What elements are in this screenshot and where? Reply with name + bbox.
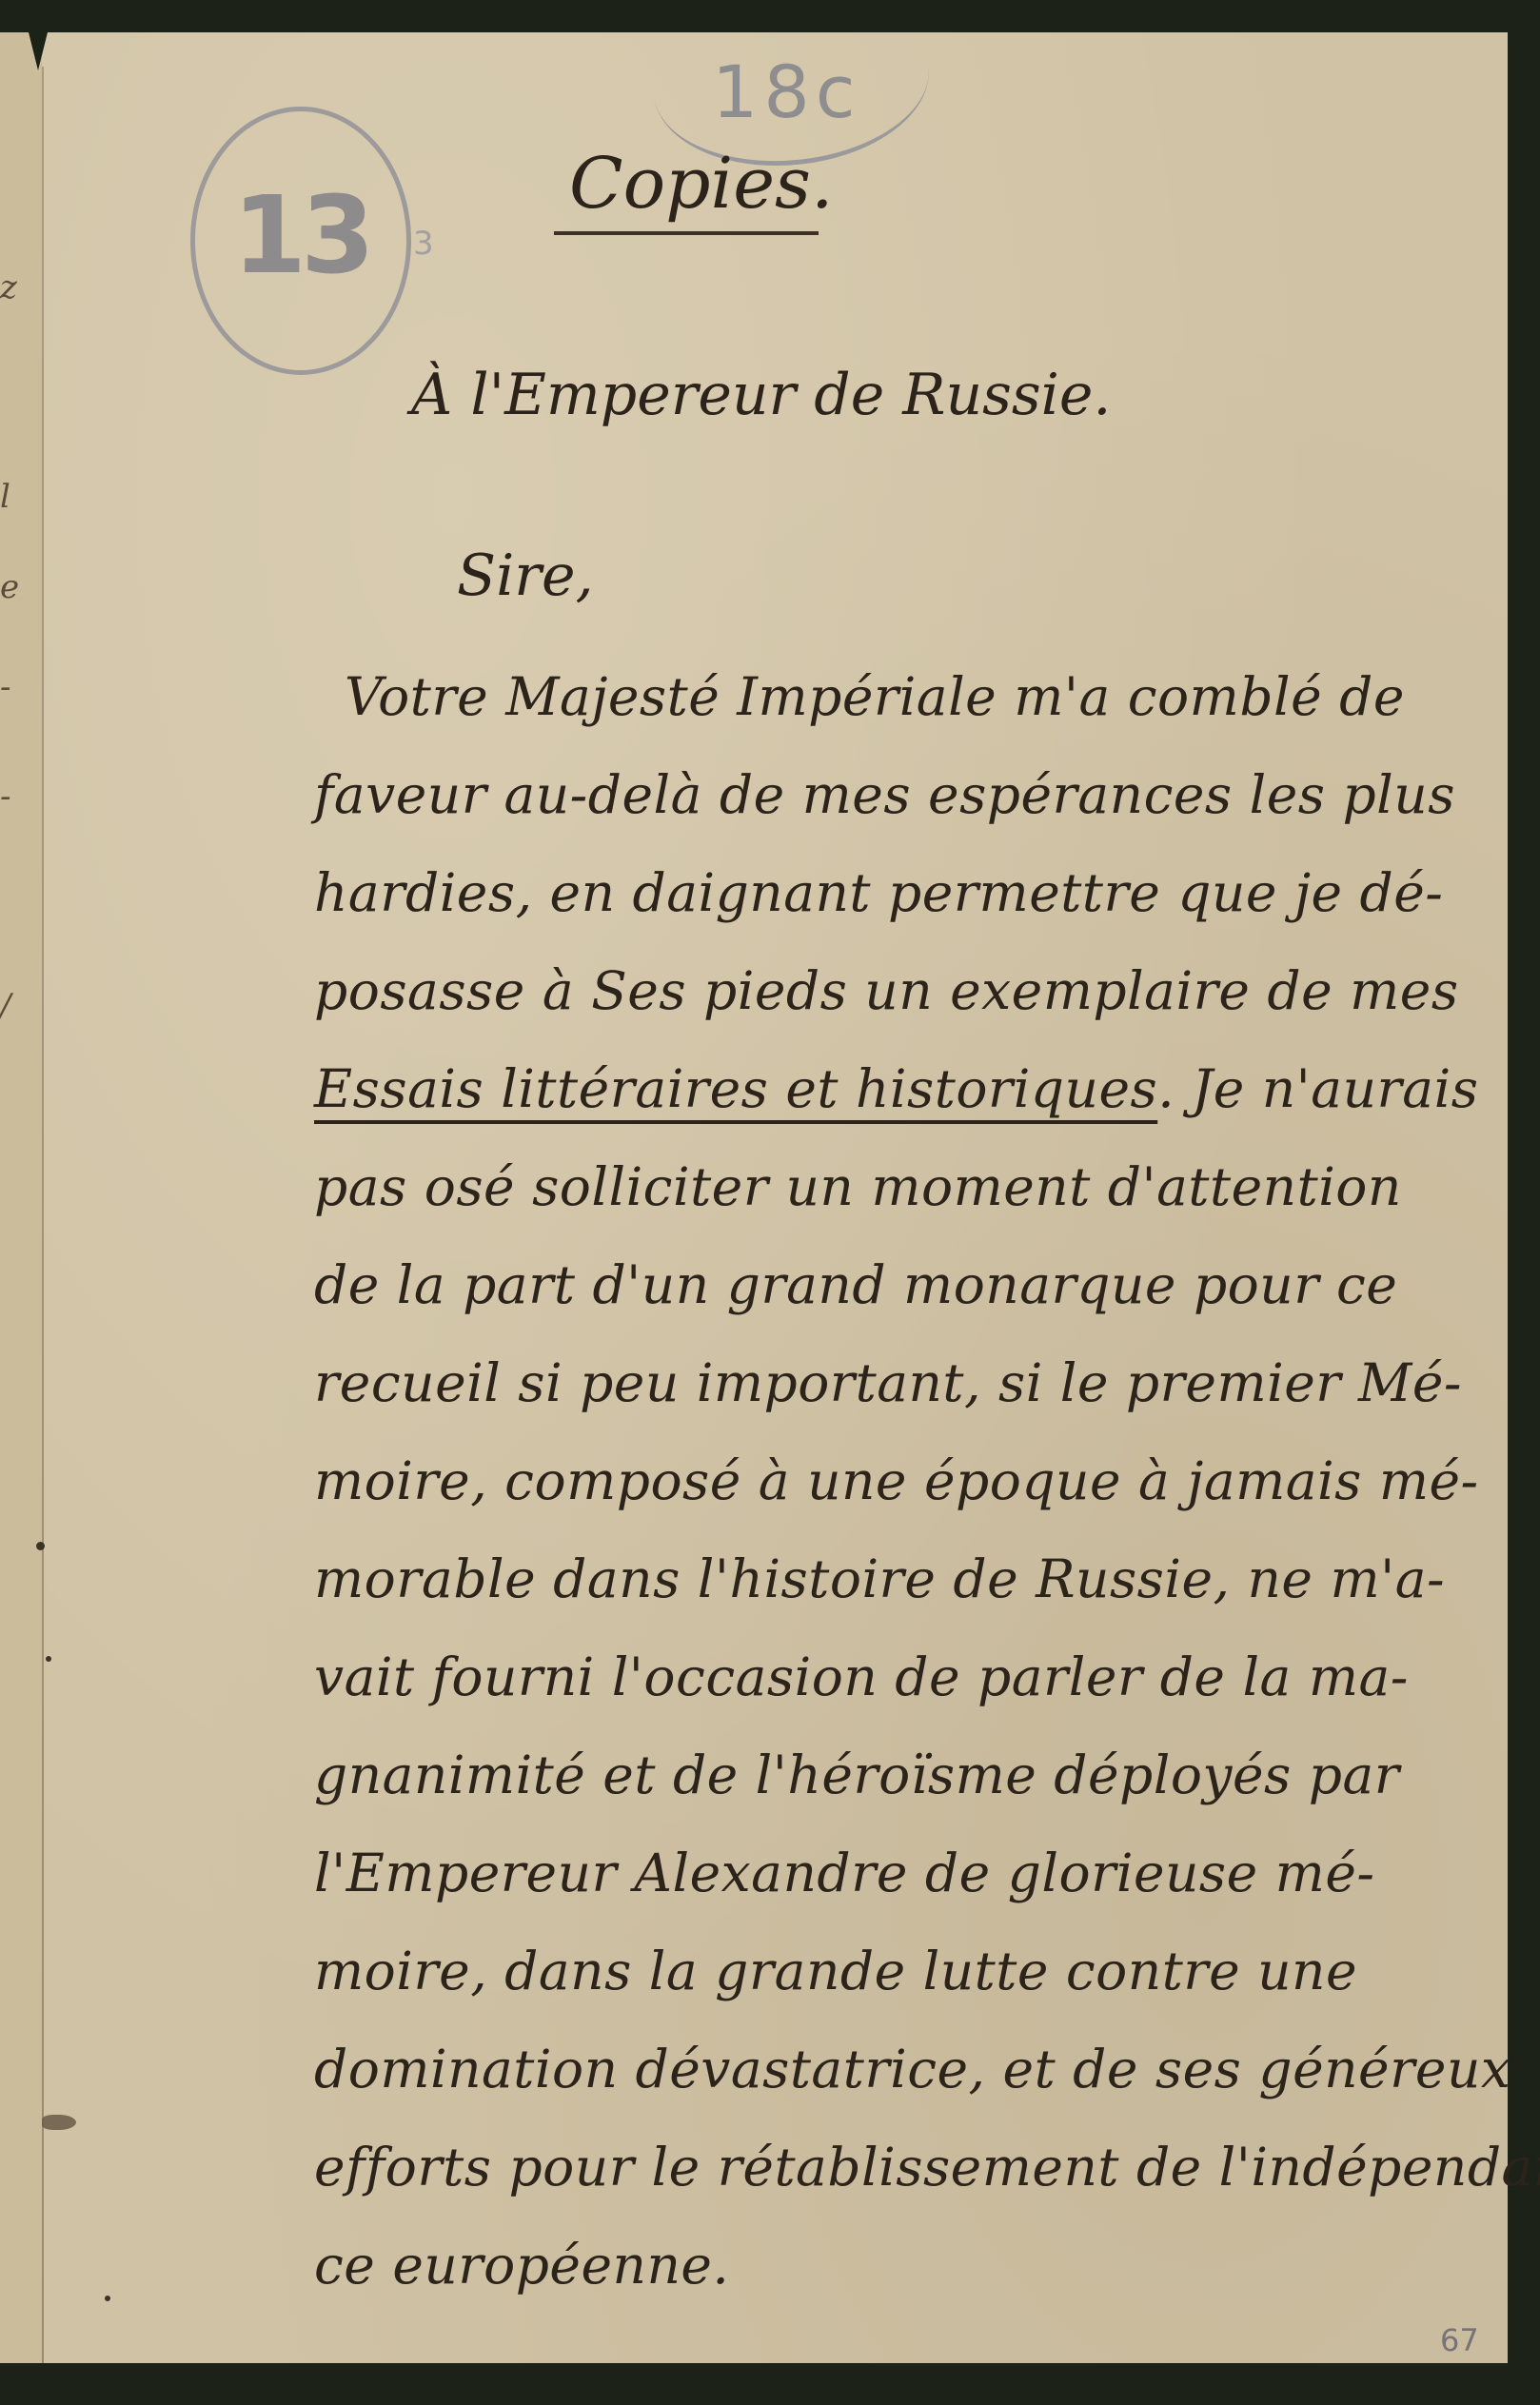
document-heading: Copies. [569, 143, 834, 225]
margin-fragment: l [0, 481, 10, 513]
body-line-with-title: Essais littéraires et historiques. Je n'… [314, 1058, 1478, 1119]
archive-circled-number: 13 [195, 174, 406, 298]
ink-spot [36, 1542, 45, 1550]
margin-fragment: e [0, 571, 19, 603]
underlined-book-title: Essais littéraires et historiques [314, 1058, 1157, 1119]
archive-circle-mark: 13 [190, 107, 411, 375]
facing-page-margin [0, 32, 42, 2363]
body-line: hardies, en daignant permettre que je dé… [314, 862, 1443, 923]
body-line: posasse à Ses pieds un exemplaire de mes [314, 960, 1459, 1021]
margin-fragment: - [0, 780, 11, 813]
ink-spot [46, 1656, 51, 1662]
heading-underline [554, 231, 819, 235]
letter-address: À l'Empereur de Russie. [411, 362, 1111, 428]
body-line: vait fourni l'occasion de parler de la m… [314, 1646, 1409, 1707]
margin-fragment: / [0, 990, 10, 1022]
body-line: moire, dans la grande lutte contre une [314, 1941, 1357, 2001]
page-stain [42, 2115, 76, 2130]
ink-spot [105, 2296, 110, 2301]
margin-fragment: - [0, 671, 11, 703]
page-corner-notch [29, 32, 48, 70]
pencil-note: 18c [712, 49, 861, 134]
body-line: de la part d'un grand monarque pour ce [314, 1254, 1397, 1315]
body-line: ce européenne. [314, 2235, 729, 2296]
body-line: l'Empereur Alexandre de glorieuse mé- [314, 1843, 1374, 1903]
body-line: efforts pour le rétablissement de l'indé… [314, 2137, 1540, 2198]
body-line: pas osé solliciter un moment d'attention [314, 1156, 1402, 1217]
body-line: faveur au-delà de mes espérances les plu… [314, 764, 1455, 825]
body-line-remainder: . Je n'aurais [1157, 1058, 1478, 1119]
body-line: Votre Majesté Impériale m'a comblé de [345, 666, 1405, 727]
body-line: morable dans l'histoire de Russie, ne m'… [314, 1548, 1445, 1609]
body-line: gnanimité et de l'héroïsme déployés par [314, 1745, 1400, 1805]
margin-fragment: z [0, 271, 17, 304]
body-line: moire, composé à une époque à jamais mé- [314, 1450, 1479, 1511]
letter-salutation: Sire, [457, 542, 594, 609]
body-line: domination dévastatrice, et de ses génér… [314, 2039, 1510, 2099]
body-line: recueil si peu important, si le premier … [314, 1352, 1462, 1413]
folio-number: 67 [1440, 2322, 1479, 2358]
page-fold-line [42, 67, 44, 2363]
archive-small-number: 3 [413, 225, 434, 263]
